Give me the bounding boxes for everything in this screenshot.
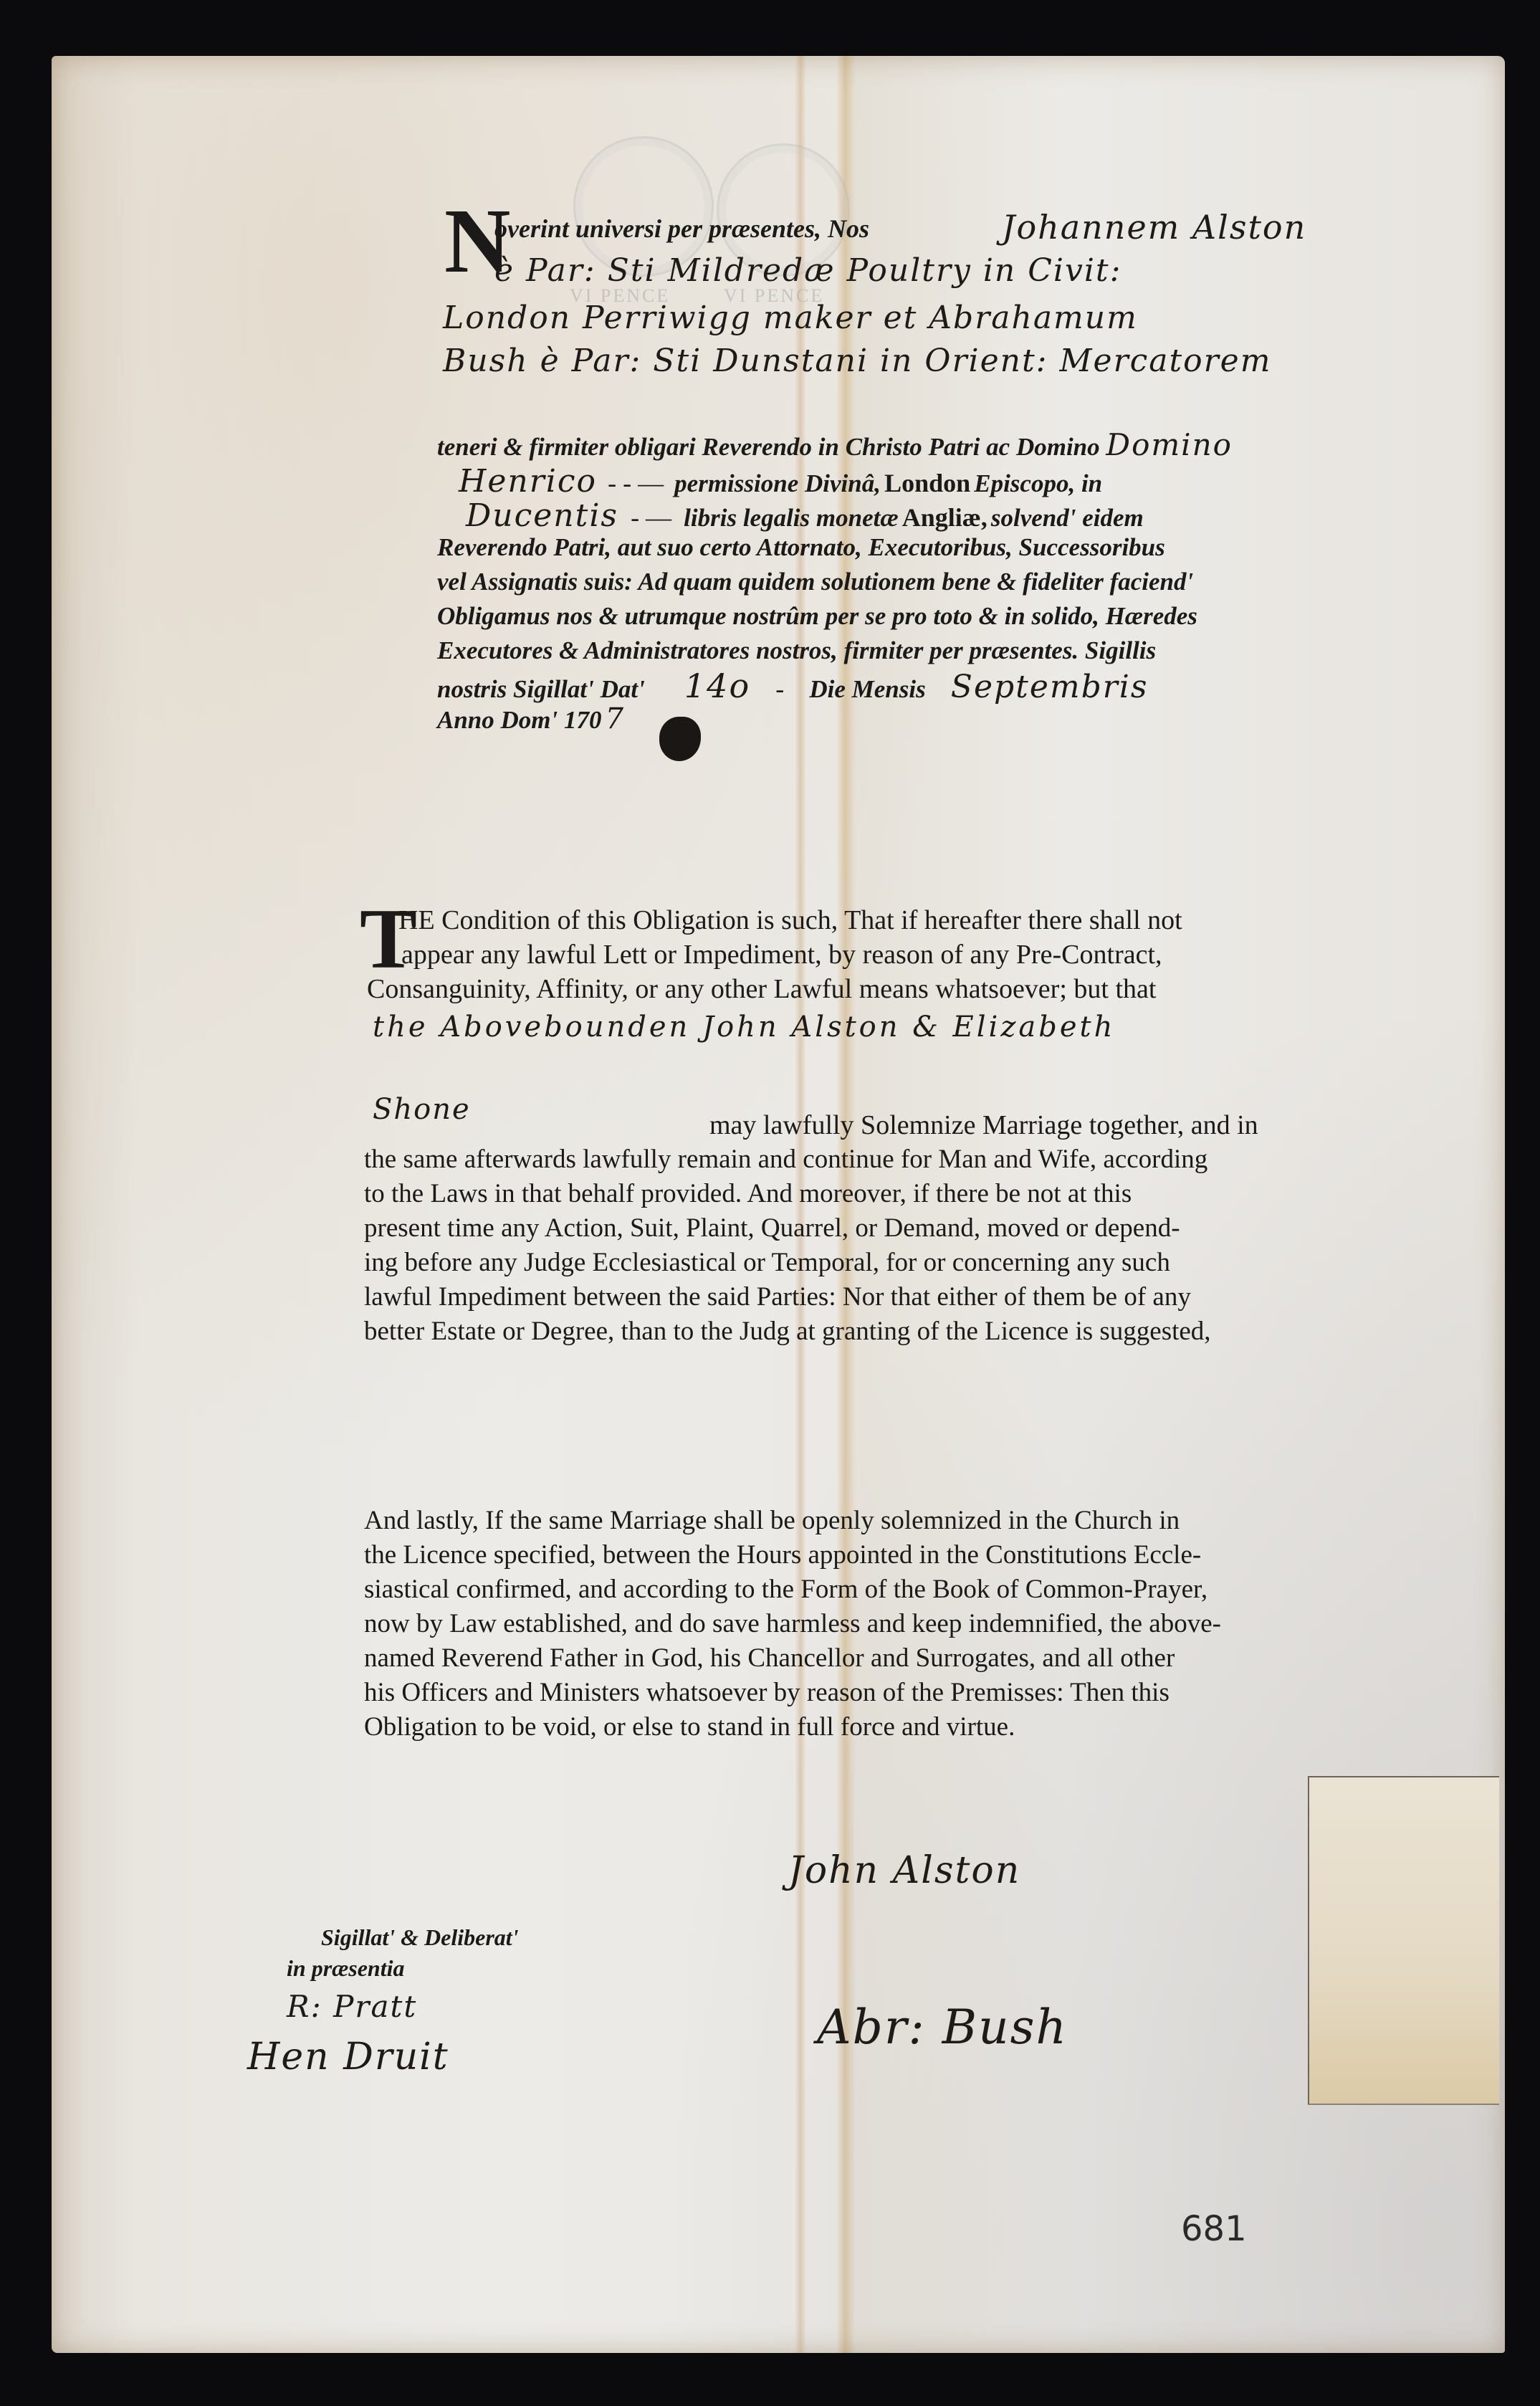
obligation-line-6: Obligamus nos & utrumque nostrûm per se …: [437, 602, 1197, 631]
dashes: - —: [631, 503, 671, 532]
handwritten-year-digit: 7: [606, 702, 625, 735]
handwritten-month: Septembris: [951, 669, 1149, 705]
london-print: London: [884, 469, 970, 497]
obligation-line-8: nostris Sigillat' Dat' 14o - Die Mensis …: [437, 667, 1148, 705]
anno-dom-print: Anno Dom' 170: [437, 706, 602, 734]
obligation-line-7: Executores & Administratores nostros, fi…: [437, 636, 1156, 665]
document-number: 681: [1181, 2209, 1247, 2249]
handwritten-name-alston: Johannem Alston: [1002, 208, 1306, 247]
final-clause-2: the Licence specified, between the Hours…: [364, 1539, 1201, 1570]
condition-line-3: Consanguinity, Affinity, or any other La…: [367, 973, 1156, 1005]
handwritten-day: 14o: [684, 667, 750, 705]
handwritten-occupation-line: London Perriwigg maker et Abrahamum: [443, 300, 1138, 336]
condition-line-2: appear any lawful Lett or Impediment, by…: [401, 939, 1162, 970]
condition-cont-3: to the Laws in that behalf provided. And…: [364, 1178, 1132, 1209]
witness-signature-pratt: R: Pratt: [287, 1989, 417, 2024]
obligation-print: solvend' eidem: [991, 504, 1144, 532]
condition-cont-2: the same afterwards lawfully remain and …: [364, 1144, 1207, 1175]
obligation-line-1: teneri & firmiter obligari Reverendo in …: [437, 427, 1233, 462]
condition-cont-5: ing before any Judge Ecclesiastical or T…: [364, 1247, 1170, 1278]
handwritten-domino: Domino: [1106, 427, 1233, 462]
condition-cont-6: lawful Impediment between the said Parti…: [364, 1281, 1191, 1312]
signature-john-alston: John Alston: [788, 1849, 1020, 1892]
seal-paper-patch: [1308, 1776, 1499, 2105]
obligation-intro: overint universi per præsentes, Nos: [494, 214, 869, 244]
handwritten-henrico: Henrico: [459, 463, 597, 500]
obligation-print: permissione Divinâ,: [674, 469, 881, 497]
condition-cont-7: better Estate or Degree, than to the Jud…: [364, 1316, 1211, 1347]
dash: -: [775, 674, 784, 703]
handwritten-bush-line: Bush è Par: Sti Dunstani in Orient: Merc…: [443, 343, 1271, 379]
obligation-print: nostris Sigillat' Dat': [437, 675, 645, 703]
handwritten-couple-names: the Abovebounden John Alston & Elizabeth: [373, 1011, 1115, 1044]
obligation-print: libris legalis monetæ: [684, 504, 898, 532]
obligation-line-5: vel Assignatis suis: Ad quam quidem solu…: [437, 568, 1193, 596]
obligation-line-2: Henrico - - — permissione Divinâ, London…: [459, 463, 1102, 500]
dashes: - - —: [608, 469, 664, 497]
condition-cont-4: present time any Action, Suit, Plaint, Q…: [364, 1213, 1180, 1243]
obligation-print: Die Mensis: [809, 675, 925, 703]
final-clause-4: now by Law established, and do save harm…: [364, 1608, 1221, 1639]
handwritten-parish-line: è Par: Sti Mildredæ Poultry in Civit:: [494, 252, 1121, 289]
obligation-line-4: Reverendo Patri, aut suo certo Attornato…: [437, 533, 1165, 562]
final-clause-7: Obligation to be void, or else to stand …: [364, 1712, 1015, 1742]
obligation-line-9: Anno Dom' 170 7: [437, 702, 625, 735]
condition-line-1: HE Condition of this Obligation is such,…: [398, 904, 1182, 936]
final-clause-6: his Officers and Ministers whatsoever by…: [364, 1677, 1170, 1708]
condition-cont-1: may lawfully Solemnize Marriage together…: [709, 1109, 1258, 1141]
handwritten-surname-shone: Shone: [373, 1093, 471, 1126]
obligation-print: Episcopo, in: [974, 469, 1102, 497]
signature-abr-bush: Abr: Bush: [817, 2000, 1068, 2055]
angliae-print: Angliæ,: [902, 503, 987, 532]
final-clause-5: named Reverend Father in God, his Chance…: [364, 1643, 1175, 1674]
witness-signature-druit: Hen Druit: [247, 2035, 449, 2078]
obligation-line-1-print: teneri & firmiter obligari Reverendo in …: [437, 433, 1100, 461]
obligation-line-3: Ducentis - — libris legalis monetæ Angli…: [466, 497, 1144, 534]
final-clause-3: siastical confirmed, and according to th…: [364, 1574, 1207, 1605]
final-clause-1: And lastly, If the same Marriage shall b…: [364, 1505, 1180, 1536]
handwritten-ducentis: Ducentis: [466, 497, 618, 534]
witness-sealed-delivered: Sigillat' & Deliberat': [321, 1924, 519, 1951]
witness-in-presence: in præsentia: [287, 1955, 404, 1982]
